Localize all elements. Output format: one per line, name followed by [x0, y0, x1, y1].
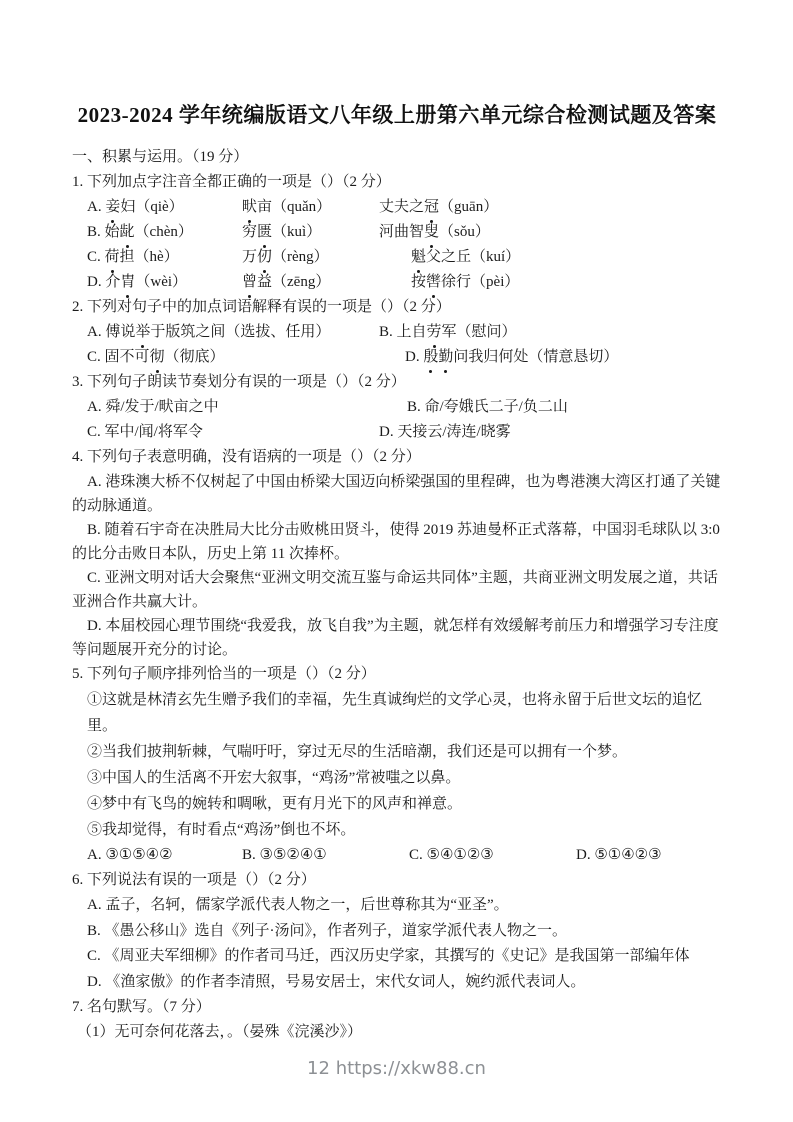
q1-option-d-word1: D. 介胄（wèi）: [87, 270, 242, 295]
q3-option-c: C. 军中/闻/将军令: [87, 420, 379, 445]
page-footer: 12 https://xkw88.cn: [0, 1058, 793, 1079]
page-number: 12: [307, 1058, 330, 1079]
q4-option-b: B. 随着石宇奇在决胜局大比分击败桃田贤斗，使得 2019 苏迪曼杯正式落幕，中…: [72, 518, 722, 566]
q1-option-a-word2: 畎亩（quǎn）: [242, 195, 379, 220]
q6-option-a: A. 孟子，名轲，儒家学派代表人物之一，后世尊称其为“亚圣”。: [72, 893, 722, 919]
q3-option-a: A. 舜/发于/畎亩之中: [87, 395, 407, 420]
q1-option-d-word3: 按辔徐行（pèi）: [411, 270, 519, 295]
footer-url: https://xkw88.cn: [336, 1058, 486, 1079]
q5-sentence-5: ⑤我却觉得，有时看点“鸡汤”倒也不坏。: [72, 817, 722, 843]
q3-option-d: D. 天接云/涛连/晓雾: [379, 420, 511, 445]
q3-row-cd: C. 军中/闻/将军令 D. 天接云/涛连/晓雾: [72, 420, 722, 445]
q3-stem: 3. 下列句子朗读节奏划分有误的一项是（）（2 分）: [72, 370, 722, 395]
q1-option-a-word3: 丈夫之冠（guān）: [379, 195, 498, 220]
q7-item-1: （1）无可奈何花落去，。（晏殊《浣溪沙》）: [72, 1020, 722, 1045]
q2-option-a: A. 傅说举于版筑之间（选拔、任用）: [87, 320, 379, 345]
q3-row-ab: A. 舜/发于/畎亩之中 B. 命/夸娥氏二子/负二山: [72, 395, 722, 420]
q1-stem: 1. 下列加点字注音全都正确的一项是（）（2 分）: [72, 170, 722, 195]
q5-choice-b: B. ③⑤②④①: [242, 843, 409, 868]
q3-option-b: B. 命/夸娥氏二子/负二山: [407, 395, 568, 420]
q2-stem: 2. 下列对句子中的加点词语解释有误的一项是（）（2 分）: [72, 295, 722, 320]
q1-option-b-word1: B. 始龀（chèn）: [87, 220, 242, 245]
q1-option-b-word2: 穷匮（kuì）: [242, 220, 379, 245]
q2-row-ab: A. 傅说举于版筑之间（选拔、任用） B. 上自劳军（慰问）: [72, 320, 722, 345]
q4-option-c: C. 亚洲文明对话大会聚焦“亚洲文明交流互鉴与命运共同体”主题，共商亚洲文明发展…: [72, 566, 722, 614]
q4-option-d: D. 本届校园心理节围绕“我爱我，放飞自我”为主题，就怎样有效缓解考前压力和增强…: [72, 614, 722, 662]
section-heading: 一、积累与运用。（19 分）: [72, 145, 722, 170]
document-page: 2023-2024 学年统编版语文八年级上册第六单元综合检测试题及答案 一、积累…: [0, 0, 793, 1122]
q1-option-c-word2: 万仞（rèng）: [242, 245, 379, 270]
q5-choice-d: D. ⑤①④②③: [576, 843, 662, 868]
q6-option-d: D. 《渔家傲》的作者李清照，号易安居士，宋代女词人，婉约派代表词人。: [72, 970, 722, 996]
q4-stem: 4. 下列句子表意明确，没有语病的一项是（）（2 分）: [72, 445, 722, 470]
page-title: 2023-2024 学年统编版语文八年级上册第六单元综合检测试题及答案: [72, 101, 722, 129]
q5-stem: 5. 下列句子顺序排列恰当的一项是（）（2 分）: [72, 662, 722, 687]
q1-option-a-word1: A. 妾妇（qiè）: [87, 195, 242, 220]
q5-choice-c: C. ⑤④①②③: [409, 843, 576, 868]
q1-option-d-word2: 曾益（zēng）: [242, 270, 379, 295]
q5-choice-a: A. ③①⑤④②: [87, 843, 242, 868]
q2-option-b: B. 上自劳军（慰问）: [379, 320, 517, 345]
q1-option-b-word3: 河曲智叟（sǒu）: [379, 220, 490, 245]
q1-option-c-word1: C. 荷担（hè）: [87, 245, 242, 270]
q1-row-a: A. 妾妇（qiè） 畎亩（quǎn） 丈夫之冠（guān）: [72, 195, 722, 220]
q5-sentence-3: ③中国人的生活离不开宏大叙事，“鸡汤”常被嗤之以鼻。: [72, 765, 722, 791]
document-content: 2023-2024 学年统编版语文八年级上册第六单元综合检测试题及答案 一、积累…: [72, 101, 722, 1045]
q2-option-d: D. 殷勤问我归何处（情意恳切）: [405, 345, 618, 370]
q1-row-c: C. 荷担（hè） 万仞（rèng） 魁父之丘（kuí）: [72, 245, 722, 270]
q5-sentence-4: ④梦中有飞鸟的婉转和啁啾，更有月光下的风声和禅意。: [72, 791, 722, 817]
q6-option-c: C. 《周亚夫军细柳》的作者司马迁，西汉历史学家，其撰写的《史记》是我国第一部编…: [72, 944, 722, 970]
q6-stem: 6. 下列说法有误的一项是（）（2 分）: [72, 868, 722, 893]
q2-option-c: C. 固不可彻（彻底）: [87, 345, 405, 370]
q6-option-b: B. 《愚公移山》选自《列子·汤问》，作者列子，道家学派代表人物之一。: [72, 919, 722, 945]
q5-sentence-2: ②当我们披荆斩棘，气喘吁吁，穿过无尽的生活暗潮，我们还是可以拥有一个梦。: [72, 739, 722, 765]
q1-option-c-word3: 魁父之丘（kuí）: [411, 245, 520, 270]
q2-row-cd: C. 固不可彻（彻底） D. 殷勤问我归何处（情意恳切）: [72, 345, 722, 370]
q7-stem: 7. 名句默写。（7 分）: [72, 995, 722, 1020]
q1-row-b: B. 始龀（chèn） 穷匮（kuì） 河曲智叟（sǒu）: [72, 220, 722, 245]
q4-option-a: A. 港珠澳大桥不仅树起了中国由桥梁大国迈向桥梁强国的里程碑，也为粤港澳大湾区打…: [72, 470, 722, 518]
q5-sentence-1: ①这就是林清玄先生赠予我们的幸福，先生真诚绚烂的文学心灵，也将永留于后世文坛的追…: [72, 687, 722, 739]
q1-row-d: D. 介胄（wèi） 曾益（zēng） 按辔徐行（pèi）: [72, 270, 722, 295]
q5-choices-row: A. ③①⑤④② B. ③⑤②④① C. ⑤④①②③ D. ⑤①④②③: [72, 843, 722, 868]
